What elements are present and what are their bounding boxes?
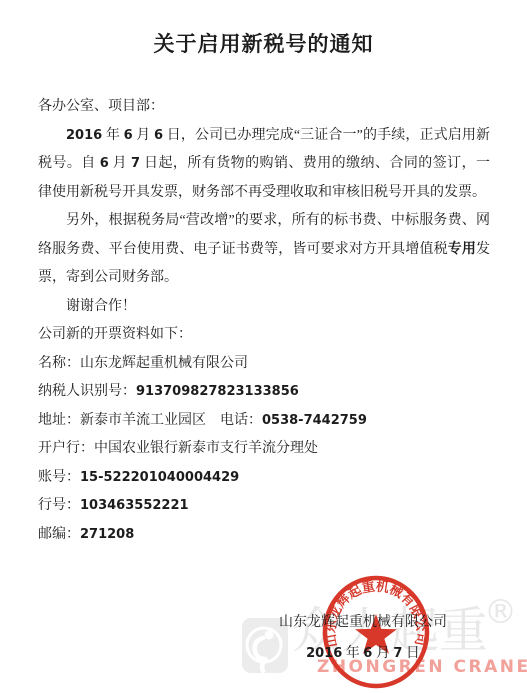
info-line-bank: 开户行：中国农业银行新泰市支行羊流分理处 <box>38 435 490 464</box>
info-line-address-phone: 地址：新泰市羊流工业园区 电话：0538-7442759 <box>38 407 490 436</box>
document-page: 众人起重 ® ZHONGREN CRANE 关于启用新税号的通知 各办公室、项目… <box>0 0 527 693</box>
info-line-account-number: 账号：15-522201040004429 <box>38 464 490 493</box>
signature-date: 2016 年 6 月 7 日 <box>268 643 458 665</box>
registered-trademark-icon: ® <box>484 592 517 631</box>
paragraph-thanks: 谢谢合作！ <box>38 293 490 322</box>
info-line-postal-code: 邮编：271208 <box>38 521 490 550</box>
info-line-taxpayer-id: 纳税人识别号：913709827823133856 <box>38 378 490 407</box>
paragraph-tax-number-notice: 2016 年 6 月 6 日，公司已办理完成“三证合一”的手续，正式启用新税号。… <box>38 122 490 208</box>
info-line-bank-code: 行号：103463552221 <box>38 492 490 521</box>
signature-company: 山东龙辉起重机械有限公司 <box>268 612 458 634</box>
page-title: 关于启用新税号的通知 <box>0 28 527 61</box>
document-body: 各办公室、项目部： 2016 年 6 月 6 日，公司已办理完成“三证合一”的手… <box>38 93 490 549</box>
invoice-info-header: 公司新的开票资料如下： <box>38 321 490 350</box>
info-line-company-name: 名称：山东龙辉起重机械有限公司 <box>38 350 490 379</box>
paragraph-vat-invoice-requirement: 另外，根据税务局“营改增”的要求，所有的标书费、中标服务费、网络服务费、平台使用… <box>38 207 490 293</box>
salutation: 各办公室、项目部： <box>38 93 490 122</box>
signature-block: 山东龙辉起重机械有限公司 2016 年 6 月 7 日 <box>268 612 458 665</box>
